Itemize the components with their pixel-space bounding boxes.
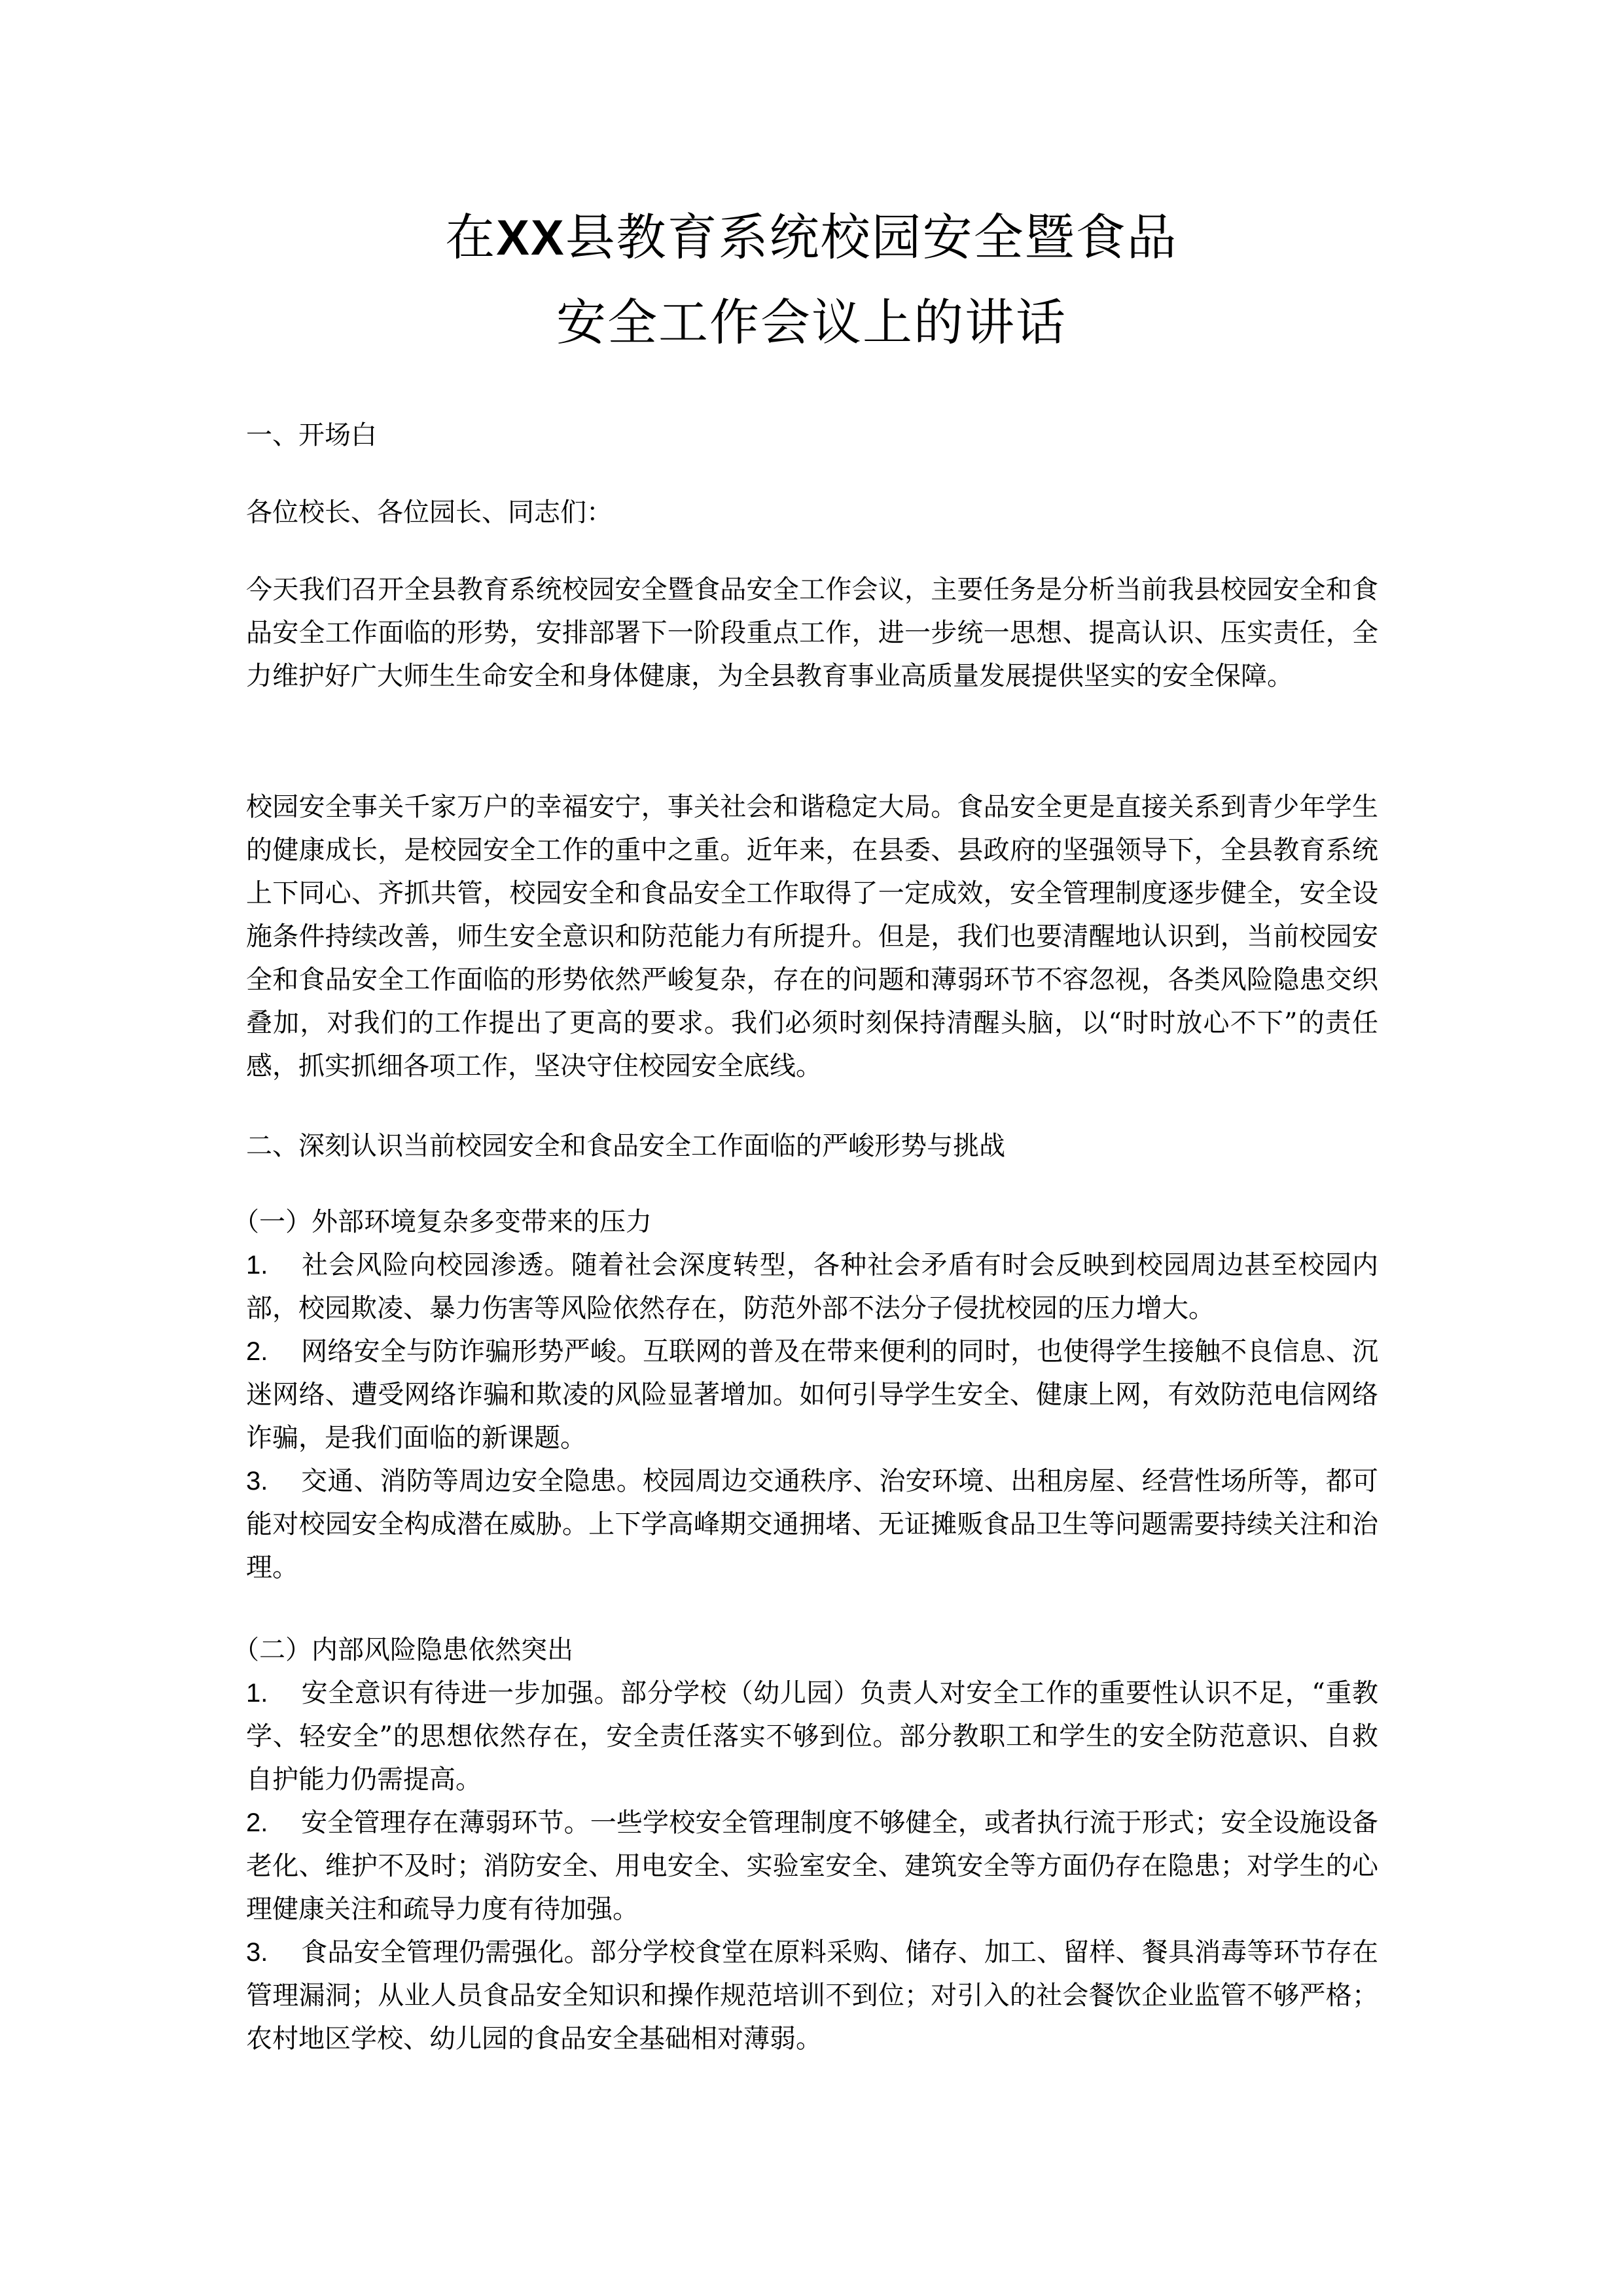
salutation: 各位校长、各位园长、同志们： [246, 491, 1378, 534]
list-item: 1.社会风险向校园渗透。随着社会深度转型，各种社会矛盾有时会反映到校园周边甚至校… [233, 1244, 1378, 1330]
document-page: 在XX县教育系统校园安全暨食品 安全工作会议上的讲话 一、开场白 各位校长、各位… [0, 0, 1623, 2296]
subsection-heading-2: （二）内部风险隐患依然突出 [233, 1628, 1378, 1672]
list-number: 2. [246, 1801, 301, 1844]
title-suffix: 县教育系统校园安全暨食品 [565, 208, 1178, 266]
title-prefix: 在 [445, 208, 496, 266]
list-text: 交通、消防等周边安全隐患。校园周边交通秩序、治安环境、出租房屋、经营性场所等，都… [246, 1466, 1378, 1583]
subsection-1: （一）外部环境复杂多变带来的压力 1.社会风险向校园渗透。随着社会深度转型，各种… [233, 1200, 1378, 1589]
list-item: 1.安全意识有待进一步加强。部分学校（幼儿园）负责人对安全工作的重要性认识不足，… [233, 1672, 1378, 1801]
list-number: 3. [246, 1931, 301, 1974]
list-item: 2.网络安全与防诈骗形势严峻。互联网的普及在带来便利的同时，也使得学生接触不良信… [233, 1330, 1378, 1460]
list-text: 社会风险向校园渗透。随着社会深度转型，各种社会矛盾有时会反映到校园周边甚至校园内… [246, 1250, 1378, 1323]
list-item: 3.交通、消防等周边安全隐患。校园周边交通秩序、治安环境、出租房屋、经营性场所等… [233, 1460, 1378, 1589]
subsection-heading-1: （一）外部环境复杂多变带来的压力 [233, 1200, 1378, 1244]
paragraph-2: 校园安全事关千家万户的幸福安宁，事关社会和谐稳定大局。食品安全更是直接关系到青少… [246, 785, 1378, 1088]
title-line-2: 安全工作会议上的讲话 [0, 293, 1623, 352]
subsection-2: （二）内部风险隐患依然突出 1.安全意识有待进一步加强。部分学校（幼儿园）负责人… [233, 1628, 1378, 2060]
list-item: 3.食品安全管理仍需强化。部分学校食堂在原料采购、储存、加工、留样、餐具消毒等环… [233, 1931, 1378, 2060]
section-heading-2: 二、深刻认识当前校园安全和食品安全工作面临的严峻形势与挑战 [246, 1124, 1378, 1168]
section-heading-1: 一、开场白 [246, 414, 1378, 457]
list-text: 安全意识有待进一步加强。部分学校（幼儿园）负责人对安全工作的重要性认识不足，“重… [246, 1678, 1378, 1795]
list-text: 网络安全与防诈骗形势严峻。互联网的普及在带来便利的同时，也使得学生接触不良信息、… [246, 1336, 1378, 1453]
list-item: 2.安全管理存在薄弱环节。一些学校安全管理制度不够健全，或者执行流于形式；安全设… [233, 1801, 1378, 1931]
list-text: 食品安全管理仍需强化。部分学校食堂在原料采购、储存、加工、留样、餐具消毒等环节存… [246, 1937, 1378, 2054]
paragraph-1: 今天我们召开全县教育系统校园安全暨食品安全工作会议，主要任务是分析当前我县校园安… [246, 568, 1378, 698]
list-number: 2. [246, 1330, 301, 1373]
list-text: 安全管理存在薄弱环节。一些学校安全管理制度不够健全，或者执行流于形式；安全设施设… [246, 1808, 1378, 1924]
title-line-1: 在XX县教育系统校园安全暨食品 [0, 208, 1623, 268]
list-number: 1. [246, 1244, 301, 1287]
list-number: 1. [246, 1672, 301, 1715]
title-latin: XX [496, 210, 565, 266]
list-number: 3. [246, 1460, 301, 1503]
